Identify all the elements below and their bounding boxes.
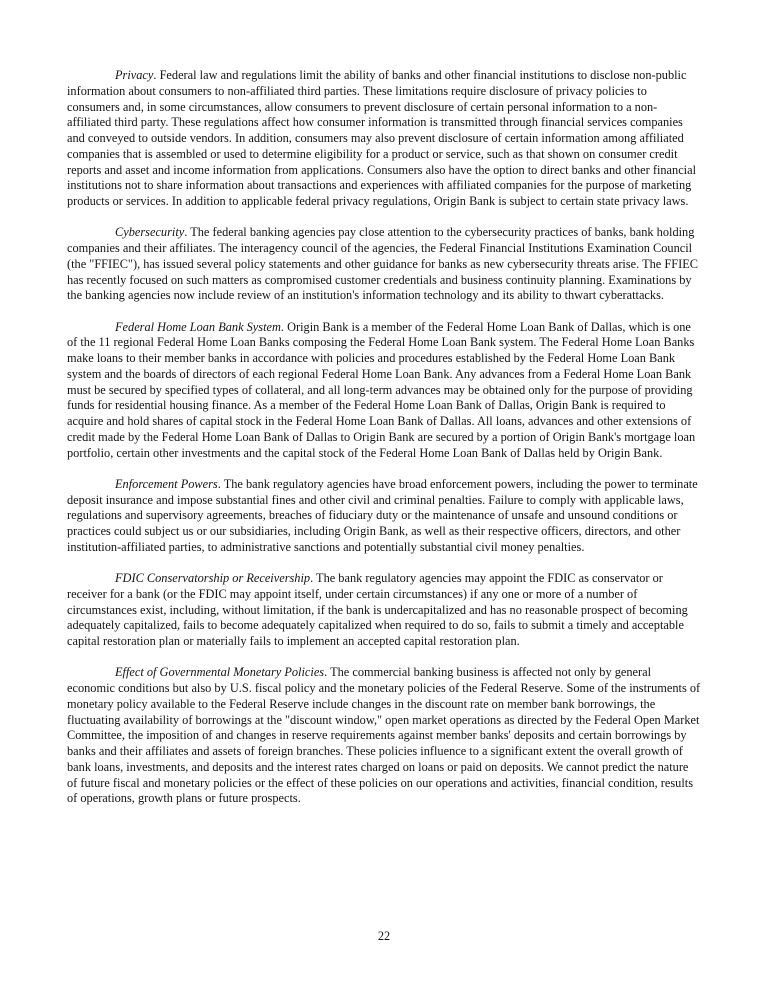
paragraph-fhlb-system: Federal Home Loan Bank System. Origin Ba… (67, 320, 701, 462)
paragraph-privacy: Privacy. Federal law and regulations lim… (67, 68, 701, 210)
document-page: Privacy. Federal law and regulations lim… (67, 68, 701, 823)
paragraph-monetary-policies: Effect of Governmental Monetary Policies… (67, 665, 701, 807)
paragraph-body: Federal law and regulations limit the ab… (67, 68, 696, 208)
page-number: 22 (0, 929, 768, 944)
paragraph-body: Origin Bank is a member of the Federal H… (67, 320, 695, 460)
section-heading-privacy: Privacy (115, 68, 153, 82)
paragraph-cybersecurity: Cybersecurity. The federal banking agenc… (67, 225, 701, 304)
section-heading-monetary-policies: Effect of Governmental Monetary Policies (115, 665, 324, 679)
section-heading-fdic-conservatorship: FDIC Conservatorship or Receivership (115, 571, 310, 585)
section-heading-fhlb-system: Federal Home Loan Bank System (115, 320, 281, 334)
paragraph-fdic-conservatorship: FDIC Conservatorship or Receivership. Th… (67, 571, 701, 650)
section-heading-enforcement-powers: Enforcement Powers (115, 477, 218, 491)
paragraph-body: The commercial banking business is affec… (67, 665, 700, 805)
section-heading-cybersecurity: Cybersecurity (115, 225, 184, 239)
paragraph-enforcement-powers: Enforcement Powers. The bank regulatory … (67, 477, 701, 556)
